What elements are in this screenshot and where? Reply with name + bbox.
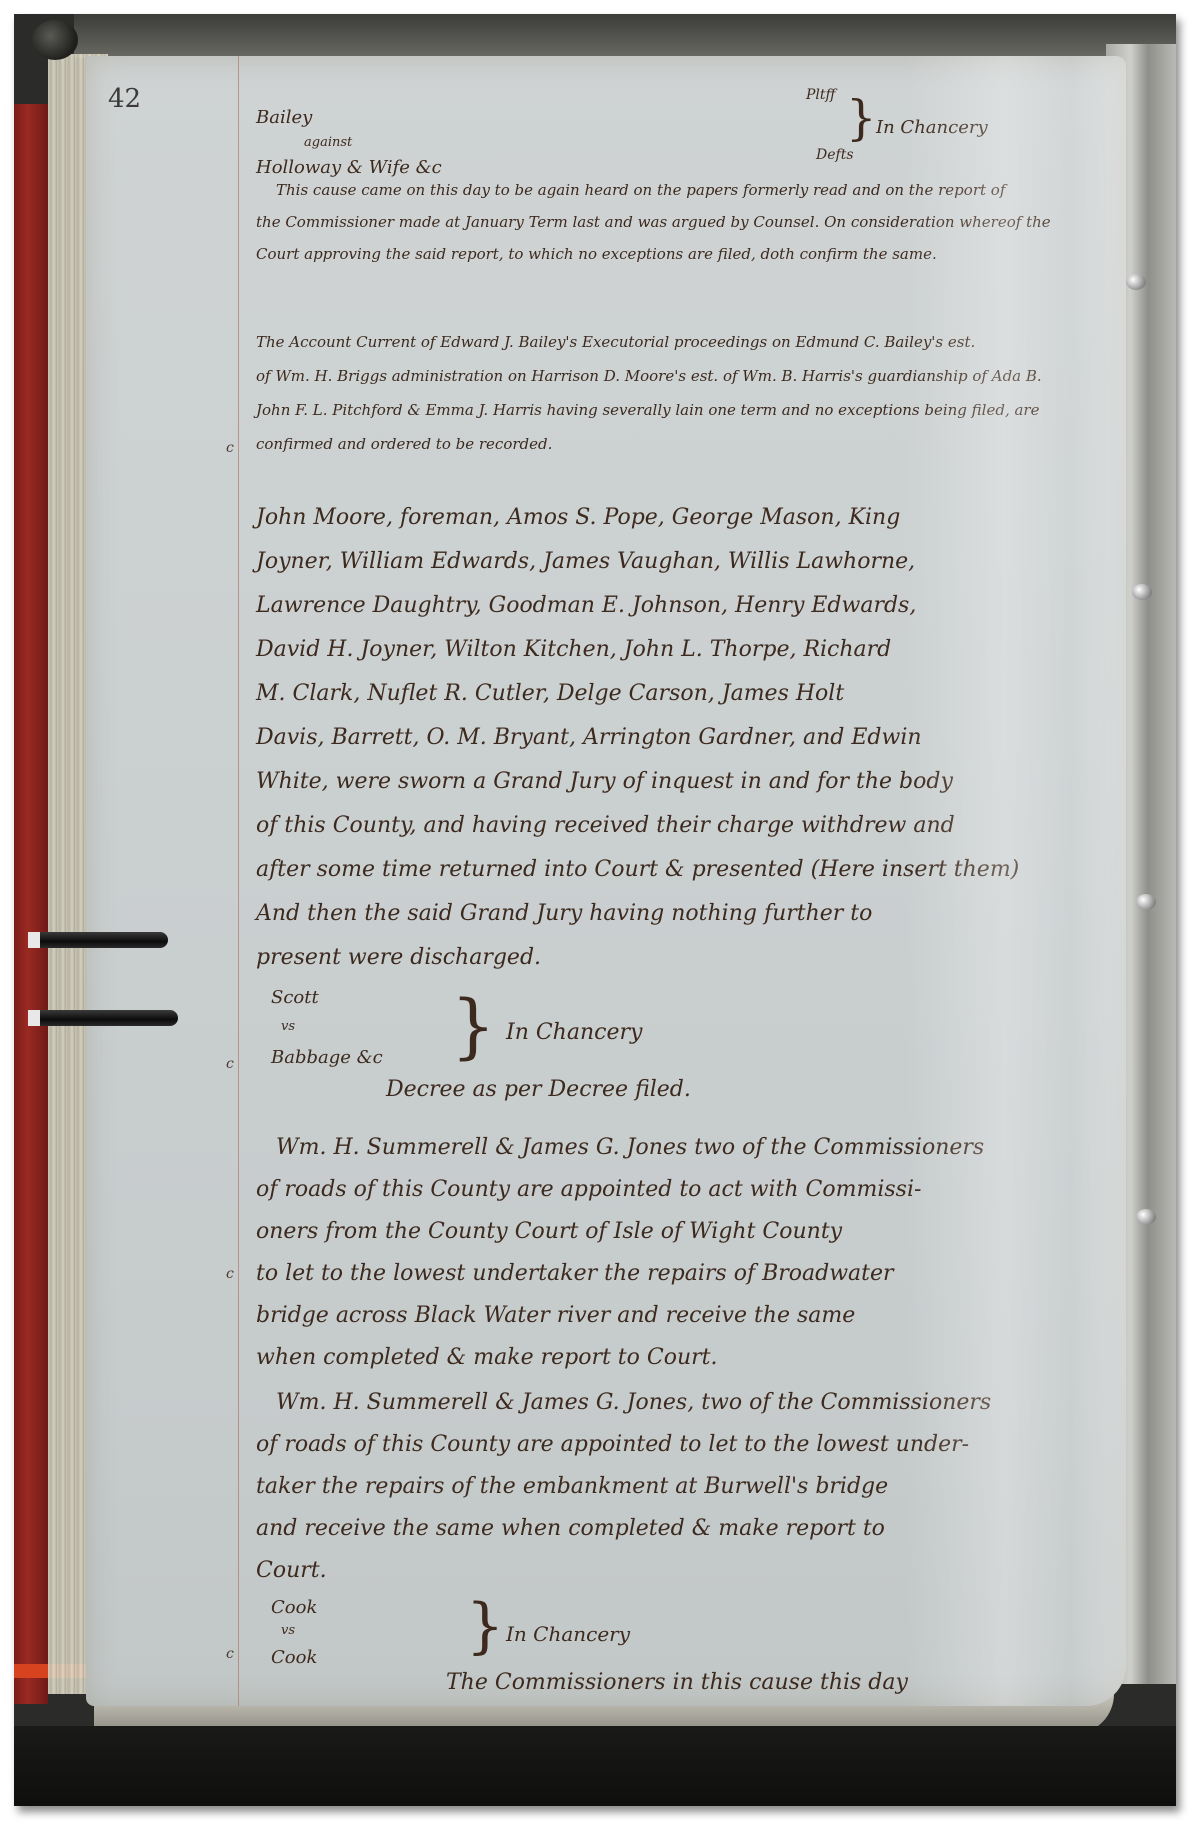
binder-wire-icon	[28, 932, 168, 948]
case-plaintiff: Cook	[271, 1596, 317, 1620]
entry-body-line: present were discharged.	[256, 936, 1126, 980]
wire-tip	[28, 932, 40, 948]
party-label-plaintiff: Pltff	[806, 86, 835, 105]
party-label-defendant: Defts	[816, 146, 854, 165]
case-defendant: Babbage &c	[271, 1046, 383, 1070]
entry-body-line: Wm. H. Summerell & James G. Jones, two o…	[276, 1381, 1126, 1425]
case-versus: vs	[281, 1622, 295, 1640]
entry-body-line: The Commissioners in this cause this day	[446, 1661, 1126, 1705]
entry-body-line: Court approving the said report, to whic…	[256, 238, 1126, 271]
entry-body-line: and receive the same when completed & ma…	[256, 1507, 1126, 1551]
case-versus: vs	[281, 1018, 295, 1036]
bottom-shadow	[14, 1726, 1176, 1806]
case-court: In Chancery	[506, 1018, 642, 1048]
binder-ring-icon	[1136, 894, 1156, 910]
margin-rule	[238, 56, 239, 1706]
entry-body-line: The Account Current of Edward J. Bailey'…	[256, 326, 1126, 359]
binder-wire-icon	[28, 1010, 178, 1026]
wire-tip	[28, 1010, 40, 1026]
binder-cover	[14, 104, 48, 1704]
entry-body-line: Lawrence Daughtry, Goodman E. Johnson, H…	[256, 584, 1126, 628]
page-number: 42	[108, 84, 141, 114]
margin-mark: c	[226, 440, 234, 456]
margin-mark: c	[226, 1266, 234, 1282]
entry-body-line: of roads of this County are appointed to…	[256, 1423, 1126, 1467]
entry-body-line: the Commissioner made at January Term la…	[256, 206, 1126, 239]
binder-ring-icon	[1136, 1209, 1156, 1225]
entry-body-line: of this County, and having received thei…	[256, 804, 1126, 848]
entry-body-line: bridge across Black Water river and rece…	[256, 1294, 1126, 1338]
bracket-icon: }	[466, 1596, 504, 1656]
case-plaintiff: Scott	[271, 986, 319, 1010]
entry-body-line: White, were sworn a Grand Jury of inques…	[256, 760, 1126, 804]
case-defendant: Cook	[271, 1646, 317, 1670]
top-shadow	[74, 14, 1176, 58]
entry-body-line: And then the said Grand Jury having noth…	[256, 892, 1126, 936]
entry-body-line: Wm. H. Summerell & James G. Jones two of…	[276, 1126, 1126, 1170]
entry-body-line: John F. L. Pitchford & Emma J. Harris ha…	[256, 394, 1126, 427]
case-court: In Chancery	[506, 1621, 630, 1648]
case-court: In Chancery	[876, 116, 988, 140]
case-versus: against	[304, 134, 352, 152]
entry-body-line: M. Clark, Nuflet R. Cutler, Delge Carson…	[256, 672, 1126, 716]
margin-mark: c	[226, 1646, 234, 1662]
entry-body-line: Joyner, William Edwards, James Vaughan, …	[256, 540, 1126, 584]
entry-body-line: of Wm. H. Briggs administration on Harri…	[256, 360, 1126, 393]
photo-frame: 42 Bailey against Holloway & Wife &c Plt…	[14, 14, 1176, 1806]
entry-body-line: confirmed and ordered to be recorded.	[256, 428, 1126, 461]
bracket-icon: }	[846, 94, 877, 142]
entry-body-line: taker the repairs of the embankment at B…	[256, 1465, 1126, 1509]
binder-ring-icon	[1132, 584, 1152, 600]
entry-body-line: John Moore, foreman, Amos S. Pope, Georg…	[256, 496, 1126, 540]
bracket-icon: }	[451, 991, 496, 1061]
entry-body-line: Court.	[256, 1549, 1126, 1593]
ledger-page: 42 Bailey against Holloway & Wife &c Plt…	[86, 56, 1126, 1706]
case-plaintiff: Bailey	[256, 106, 312, 130]
entry-body-line: of roads of this County are appointed to…	[256, 1168, 1126, 1212]
entry-body-line: David H. Joyner, Wilton Kitchen, John L.…	[256, 628, 1126, 672]
entry-body-line: to let to the lowest undertaker the repa…	[256, 1252, 1126, 1296]
entry-body-line: Decree as per Decree filed.	[386, 1068, 691, 1112]
entry-body-line: when completed & make report to Court.	[256, 1336, 1126, 1380]
entry-body-line: This cause came on this day to be again …	[276, 174, 1126, 207]
corner-clip-icon	[32, 20, 78, 60]
entry-body-line: after some time returned into Court & pr…	[256, 848, 1126, 892]
entry-body-line: Davis, Barrett, O. M. Bryant, Arrington …	[256, 716, 1126, 760]
entry-body-line: oners from the County Court of Isle of W…	[256, 1210, 1126, 1254]
binder-ring-icon	[1126, 274, 1146, 290]
margin-mark: c	[226, 1056, 234, 1072]
